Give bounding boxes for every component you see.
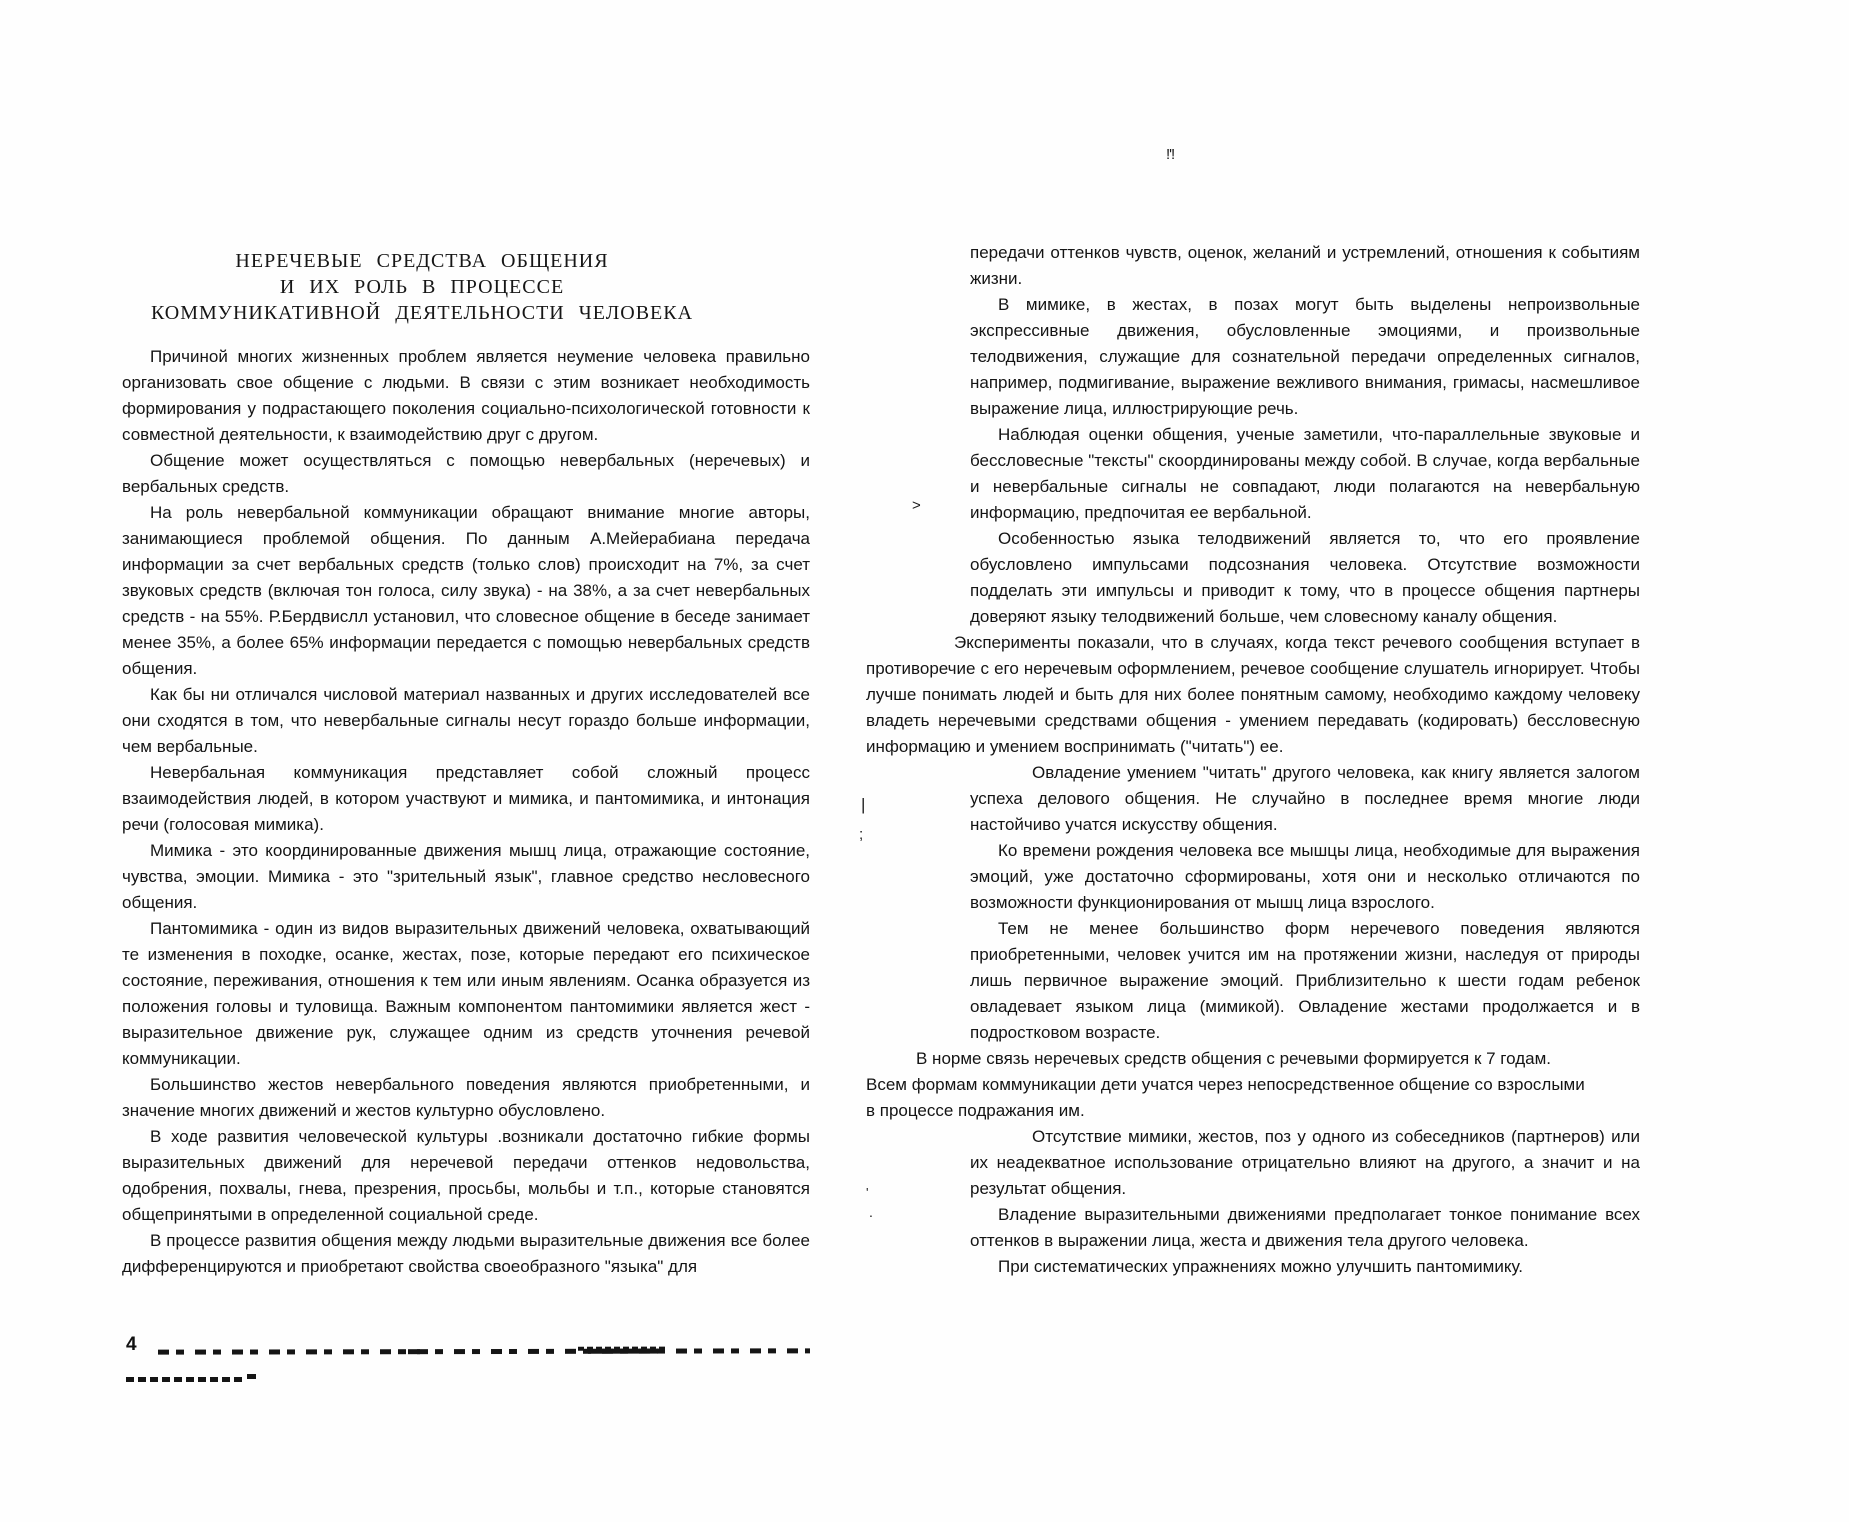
paragraph: В ходе развития человеческой культуры .в… xyxy=(122,1124,810,1228)
paragraph: В процессе развития общения между людьми… xyxy=(122,1228,810,1280)
paragraph: Большинство жестов невербального поведен… xyxy=(122,1072,810,1124)
paragraph: В норме связь неречевых средств общения … xyxy=(866,1046,1590,1124)
margin-mark-dot: . xyxy=(869,1205,873,1219)
margin-mark-semicolon: ; xyxy=(859,827,863,842)
paragraph: В мимике, в жестах, в позах могут быть в… xyxy=(970,292,1640,422)
right-page-body: передачи оттенков чувств, оценок, желани… xyxy=(970,240,1640,1280)
paragraph: Отсутствие мимики, жестов, поз у одного … xyxy=(970,1124,1640,1202)
paragraph: Мимика - это координированные движения м… xyxy=(122,838,810,916)
margin-mark-apostrophe: ' xyxy=(866,1186,868,1199)
paragraph: При систематических упражнениях можно ул… xyxy=(970,1254,1640,1280)
article-title-line-2: И ИХ РОЛЬ В ПРОЦЕССЕ xyxy=(122,274,722,300)
paragraph: Как бы ни отличался числовой материал на… xyxy=(122,682,810,760)
paragraph: Эксперименты показали, что в случаях, ко… xyxy=(866,630,1640,760)
paragraph: передачи оттенков чувств, оценок, желани… xyxy=(970,240,1640,292)
paragraph: Овладение умением "читать" другого челов… xyxy=(970,760,1640,838)
article-title-line-1: НЕРЕЧЕВЫЕ СРЕДСТВА ОБЩЕНИЯ xyxy=(122,248,722,274)
scanned-book-spread: НЕРЕЧЕВЫЕ СРЕДСТВА ОБЩЕНИЯ И ИХ РОЛЬ В П… xyxy=(0,0,1849,1522)
paragraph: Тем не менее большинство форм неречевого… xyxy=(970,916,1640,1046)
paragraph: Пантомимика - один из видов выразительны… xyxy=(122,916,810,1072)
paragraph: Ко времени рождения человека все мышцы л… xyxy=(970,838,1640,916)
article-title-line-3: КОММУНИКАТИВНОЙ ДЕЯТЕЛЬНОСТИ ЧЕЛОВЕКА xyxy=(122,300,722,326)
left-page-body: Причиной многих жизненных проблем являет… xyxy=(122,344,810,1280)
paragraph: Невербальная коммуникация представляет с… xyxy=(122,760,810,838)
paragraph: Наблюдая оценки общения, ученые заметили… xyxy=(970,422,1640,526)
footer-smudge-line xyxy=(158,1348,810,1354)
margin-mark-chevron: > xyxy=(912,498,921,513)
paragraph: На роль невербальной коммуникации обраща… xyxy=(122,500,810,682)
page-number: 4 xyxy=(126,1334,137,1356)
footer-smudge-line-2 xyxy=(126,1377,246,1382)
paragraph: Владение выразительными движениями предп… xyxy=(970,1202,1640,1254)
paragraph: Причиной многих жизненных проблем являет… xyxy=(122,344,810,448)
article-title: НЕРЕЧЕВЫЕ СРЕДСТВА ОБЩЕНИЯ И ИХ РОЛЬ В П… xyxy=(122,248,722,326)
paragraph: Особенностью языка телодвижений является… xyxy=(970,526,1640,630)
margin-mark-exclamation: !'! xyxy=(1166,147,1174,162)
paragraph: Общение может осуществляться с помощью н… xyxy=(122,448,810,500)
margin-mark-bar: | xyxy=(861,796,865,813)
